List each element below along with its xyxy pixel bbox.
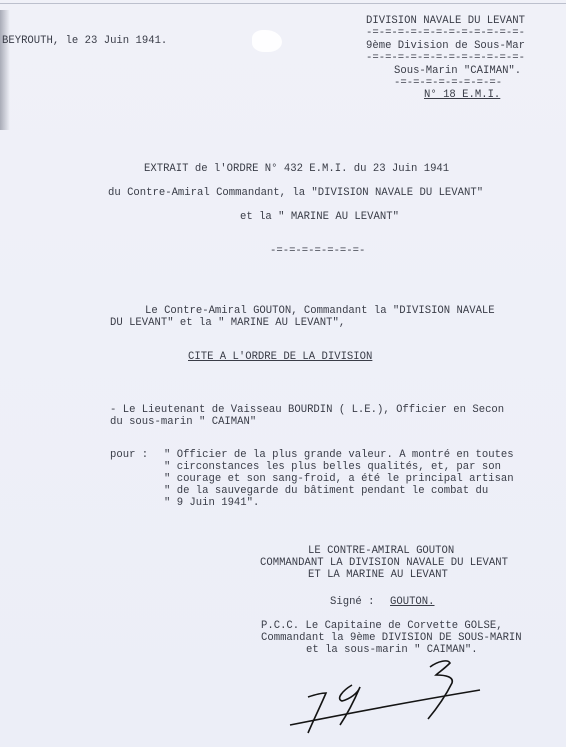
closing-title-3: ET LA MARINE AU LEVANT <box>308 569 448 581</box>
place-date: BEYROUTH, le 23 Juin 1941. <box>2 35 167 47</box>
title-line-1: EXTRAIT de l'ORDRE N° 432 E.M.I. du 23 J… <box>144 163 449 175</box>
title-line-3: et la " MARINE AU LEVANT" <box>240 211 399 223</box>
title-line-2: du Contre-Amiral Commandant, la "DIVISIO… <box>108 187 483 199</box>
citation-heading: CITE A L'ORDRE DE LA DIVISION <box>188 351 372 363</box>
reference-number: N° 18 E.M.I. <box>424 89 500 101</box>
pcc-line-2: Commandant la 9ème DIVISION DE SOUS-MARI… <box>261 632 522 644</box>
letterhead-separator-2: -=-=-=-=-=-=-=-=-=-=-=-=- <box>366 52 525 64</box>
letterhead-separator-1: -=-=-=-=-=-=-=-=-=-=-=-=- <box>366 27 525 39</box>
title-separator: -=-=-=-=-=-=-=- <box>270 245 365 257</box>
document-page: BEYROUTH, le 23 Juin 1941. DIVISION NAVA… <box>0 0 566 747</box>
cited-officer-line-2: du sous-marin " CAIMAN" <box>110 416 256 428</box>
citation-line: " de la sauvegarde du bâtiment pendant l… <box>164 485 488 497</box>
intro-line-2: DU LEVANT" et la " MARINE AU LEVANT", <box>110 317 345 329</box>
handwritten-signature <box>280 655 510 735</box>
citation-line: " 9 Juin 1941". <box>164 497 259 509</box>
pcc-line-1: P.C.C. Le Capitaine de Corvette GOLSE, <box>261 620 503 632</box>
paper-tear <box>252 30 282 52</box>
pour-label: pour : <box>110 449 148 461</box>
intro-line-1: Le Contre-Amiral GOUTON, Commandant la "… <box>145 305 495 317</box>
signed-name: GOUTON. <box>390 596 435 608</box>
letterhead-subdivision: 9ème Division de Sous-Mar <box>366 40 525 52</box>
citation-line: " courage et son sang-froid, a été le pr… <box>164 473 514 485</box>
closing-title-1: LE CONTRE-AMIRAL GOUTON <box>308 545 454 557</box>
letterhead-division: DIVISION NAVALE DU LEVANT <box>366 15 525 27</box>
page-top-edge <box>0 3 566 4</box>
closing-title-2: COMMANDANT LA DIVISION NAVALE DU LEVANT <box>260 557 508 569</box>
scan-shadow <box>0 10 10 130</box>
citation-line: " circonstances les plus belles qualités… <box>164 461 501 473</box>
letterhead-separator-3: -=-=-=-=-=-=-=-=- <box>394 77 502 89</box>
cited-officer-line-1: - Le Lieutenant de Vaisseau BOURDIN ( L.… <box>110 404 504 416</box>
letterhead-submarine: Sous-Marin "CAIMAN". <box>394 65 521 77</box>
signed-label: Signé : <box>330 596 375 608</box>
citation-line: " Officier de la plus grande valeur. A m… <box>164 449 514 461</box>
